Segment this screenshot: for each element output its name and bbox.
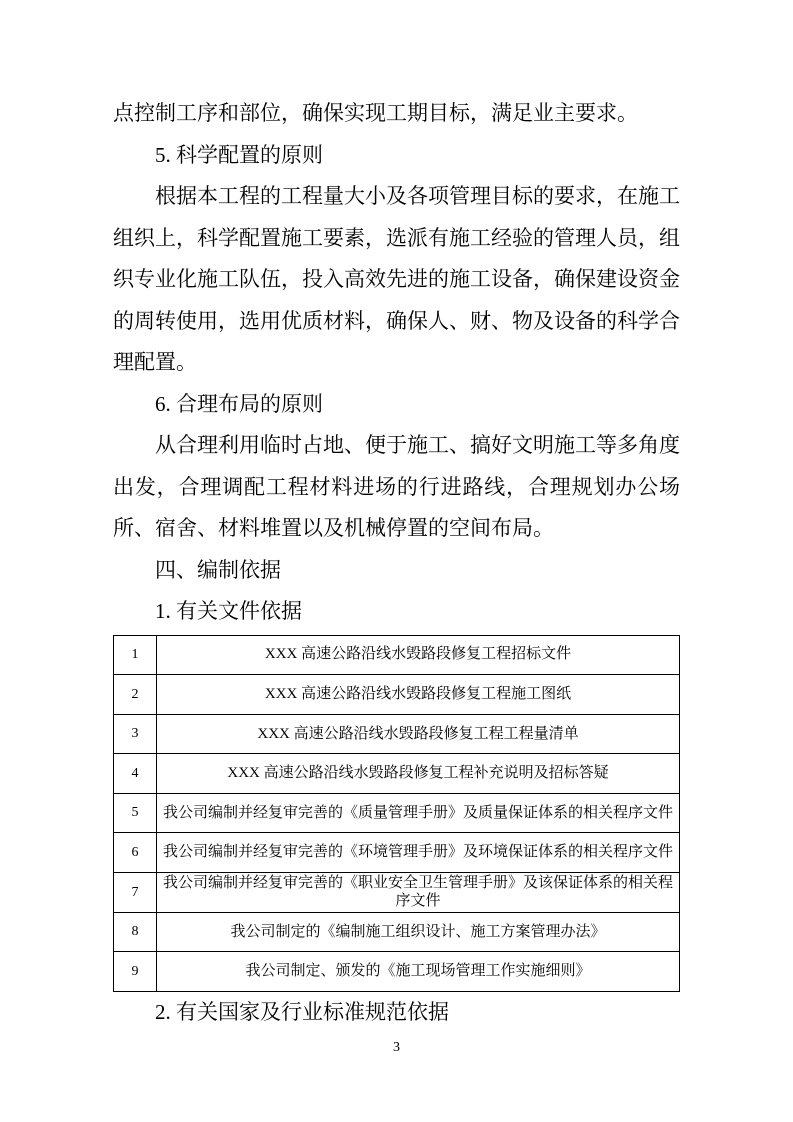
paragraph-science-allocation: 根据本工程的工程量大小及各项管理目标的要求，在施工组织上，科学配置施工要素，选派… <box>113 176 680 384</box>
table-row: 9 我公司制定、颁发的《施工现场管理工作实施细则》 <box>114 952 680 992</box>
row-text-cell: XXX 高速公路沿线水毁路段修复工程工程量清单 <box>157 714 680 754</box>
row-text-cell: XXX 高速公路沿线水毁路段修复工程施工图纸 <box>157 675 680 715</box>
table-row: 3 XXX 高速公路沿线水毁路段修复工程工程量清单 <box>114 714 680 754</box>
row-text-cell: XXX 高速公路沿线水毁路段修复工程补充说明及招标答疑 <box>157 754 680 794</box>
table-row: 1 XXX 高速公路沿线水毁路段修复工程招标文件 <box>114 635 680 675</box>
table-row: 7 我公司编制并经复审完善的《职业安全卫生管理手册》及该保证体系的相关程序文件 <box>114 873 680 913</box>
table-row: 4 XXX 高速公路沿线水毁路段修复工程补充说明及招标答疑 <box>114 754 680 794</box>
row-number-cell: 1 <box>114 635 157 675</box>
section-heading-documents: 1. 有关文件依据 <box>113 591 680 633</box>
document-body: 点控制工序和部位，确保实现工期目标，满足业主要求。 5. 科学配置的原则 根据本… <box>113 93 680 1033</box>
row-text-cell: 我公司编制并经复审完善的《职业安全卫生管理手册》及该保证体系的相关程序文件 <box>157 873 680 913</box>
row-number-cell: 8 <box>114 912 157 952</box>
row-text-cell: 我公司制定、颁发的《施工现场管理工作实施细则》 <box>157 952 680 992</box>
row-number-cell: 6 <box>114 833 157 873</box>
row-number-cell: 7 <box>114 873 157 913</box>
row-number-cell: 9 <box>114 952 157 992</box>
row-text-cell: XXX 高速公路沿线水毁路段修复工程招标文件 <box>157 635 680 675</box>
table-row: 6 我公司编制并经复审完善的《环境管理手册》及环境保证体系的相关程序文件 <box>114 833 680 873</box>
dependency-table: 1 XXX 高速公路沿线水毁路段修复工程招标文件 2 XXX 高速公路沿线水毁路… <box>113 635 680 992</box>
document-page: 点控制工序和部位，确保实现工期目标，满足业主要求。 5. 科学配置的原则 根据本… <box>0 0 793 1122</box>
section-heading-5: 5. 科学配置的原则 <box>113 135 680 177</box>
table-row: 8 我公司制定的《编制施工组织设计、施工方案管理办法》 <box>114 912 680 952</box>
section-heading-basis: 四、编制依据 <box>113 550 680 592</box>
section-heading-standards: 2. 有关国家及行业标准规范依据 <box>113 992 680 1034</box>
row-number-cell: 2 <box>114 675 157 715</box>
section-heading-6: 6. 合理布局的原则 <box>113 384 680 426</box>
row-text-cell: 我公司编制并经复审完善的《质量管理手册》及质量保证体系的相关程序文件 <box>157 793 680 833</box>
row-text-cell: 我公司编制并经复审完善的《环境管理手册》及环境保证体系的相关程序文件 <box>157 833 680 873</box>
table-row: 5 我公司编制并经复审完善的《质量管理手册》及质量保证体系的相关程序文件 <box>114 793 680 833</box>
page-number: 3 <box>0 1038 793 1058</box>
paragraph-continuation: 点控制工序和部位，确保实现工期目标，满足业主要求。 <box>113 93 680 135</box>
row-number-cell: 3 <box>114 714 157 754</box>
row-number-cell: 5 <box>114 793 157 833</box>
row-text-cell: 我公司制定的《编制施工组织设计、施工方案管理办法》 <box>157 912 680 952</box>
paragraph-reasonable-layout: 从合理利用临时占地、便于施工、搞好文明施工等多角度出发，合理调配工程材料进场的行… <box>113 425 680 550</box>
row-number-cell: 4 <box>114 754 157 794</box>
table-row: 2 XXX 高速公路沿线水毁路段修复工程施工图纸 <box>114 675 680 715</box>
